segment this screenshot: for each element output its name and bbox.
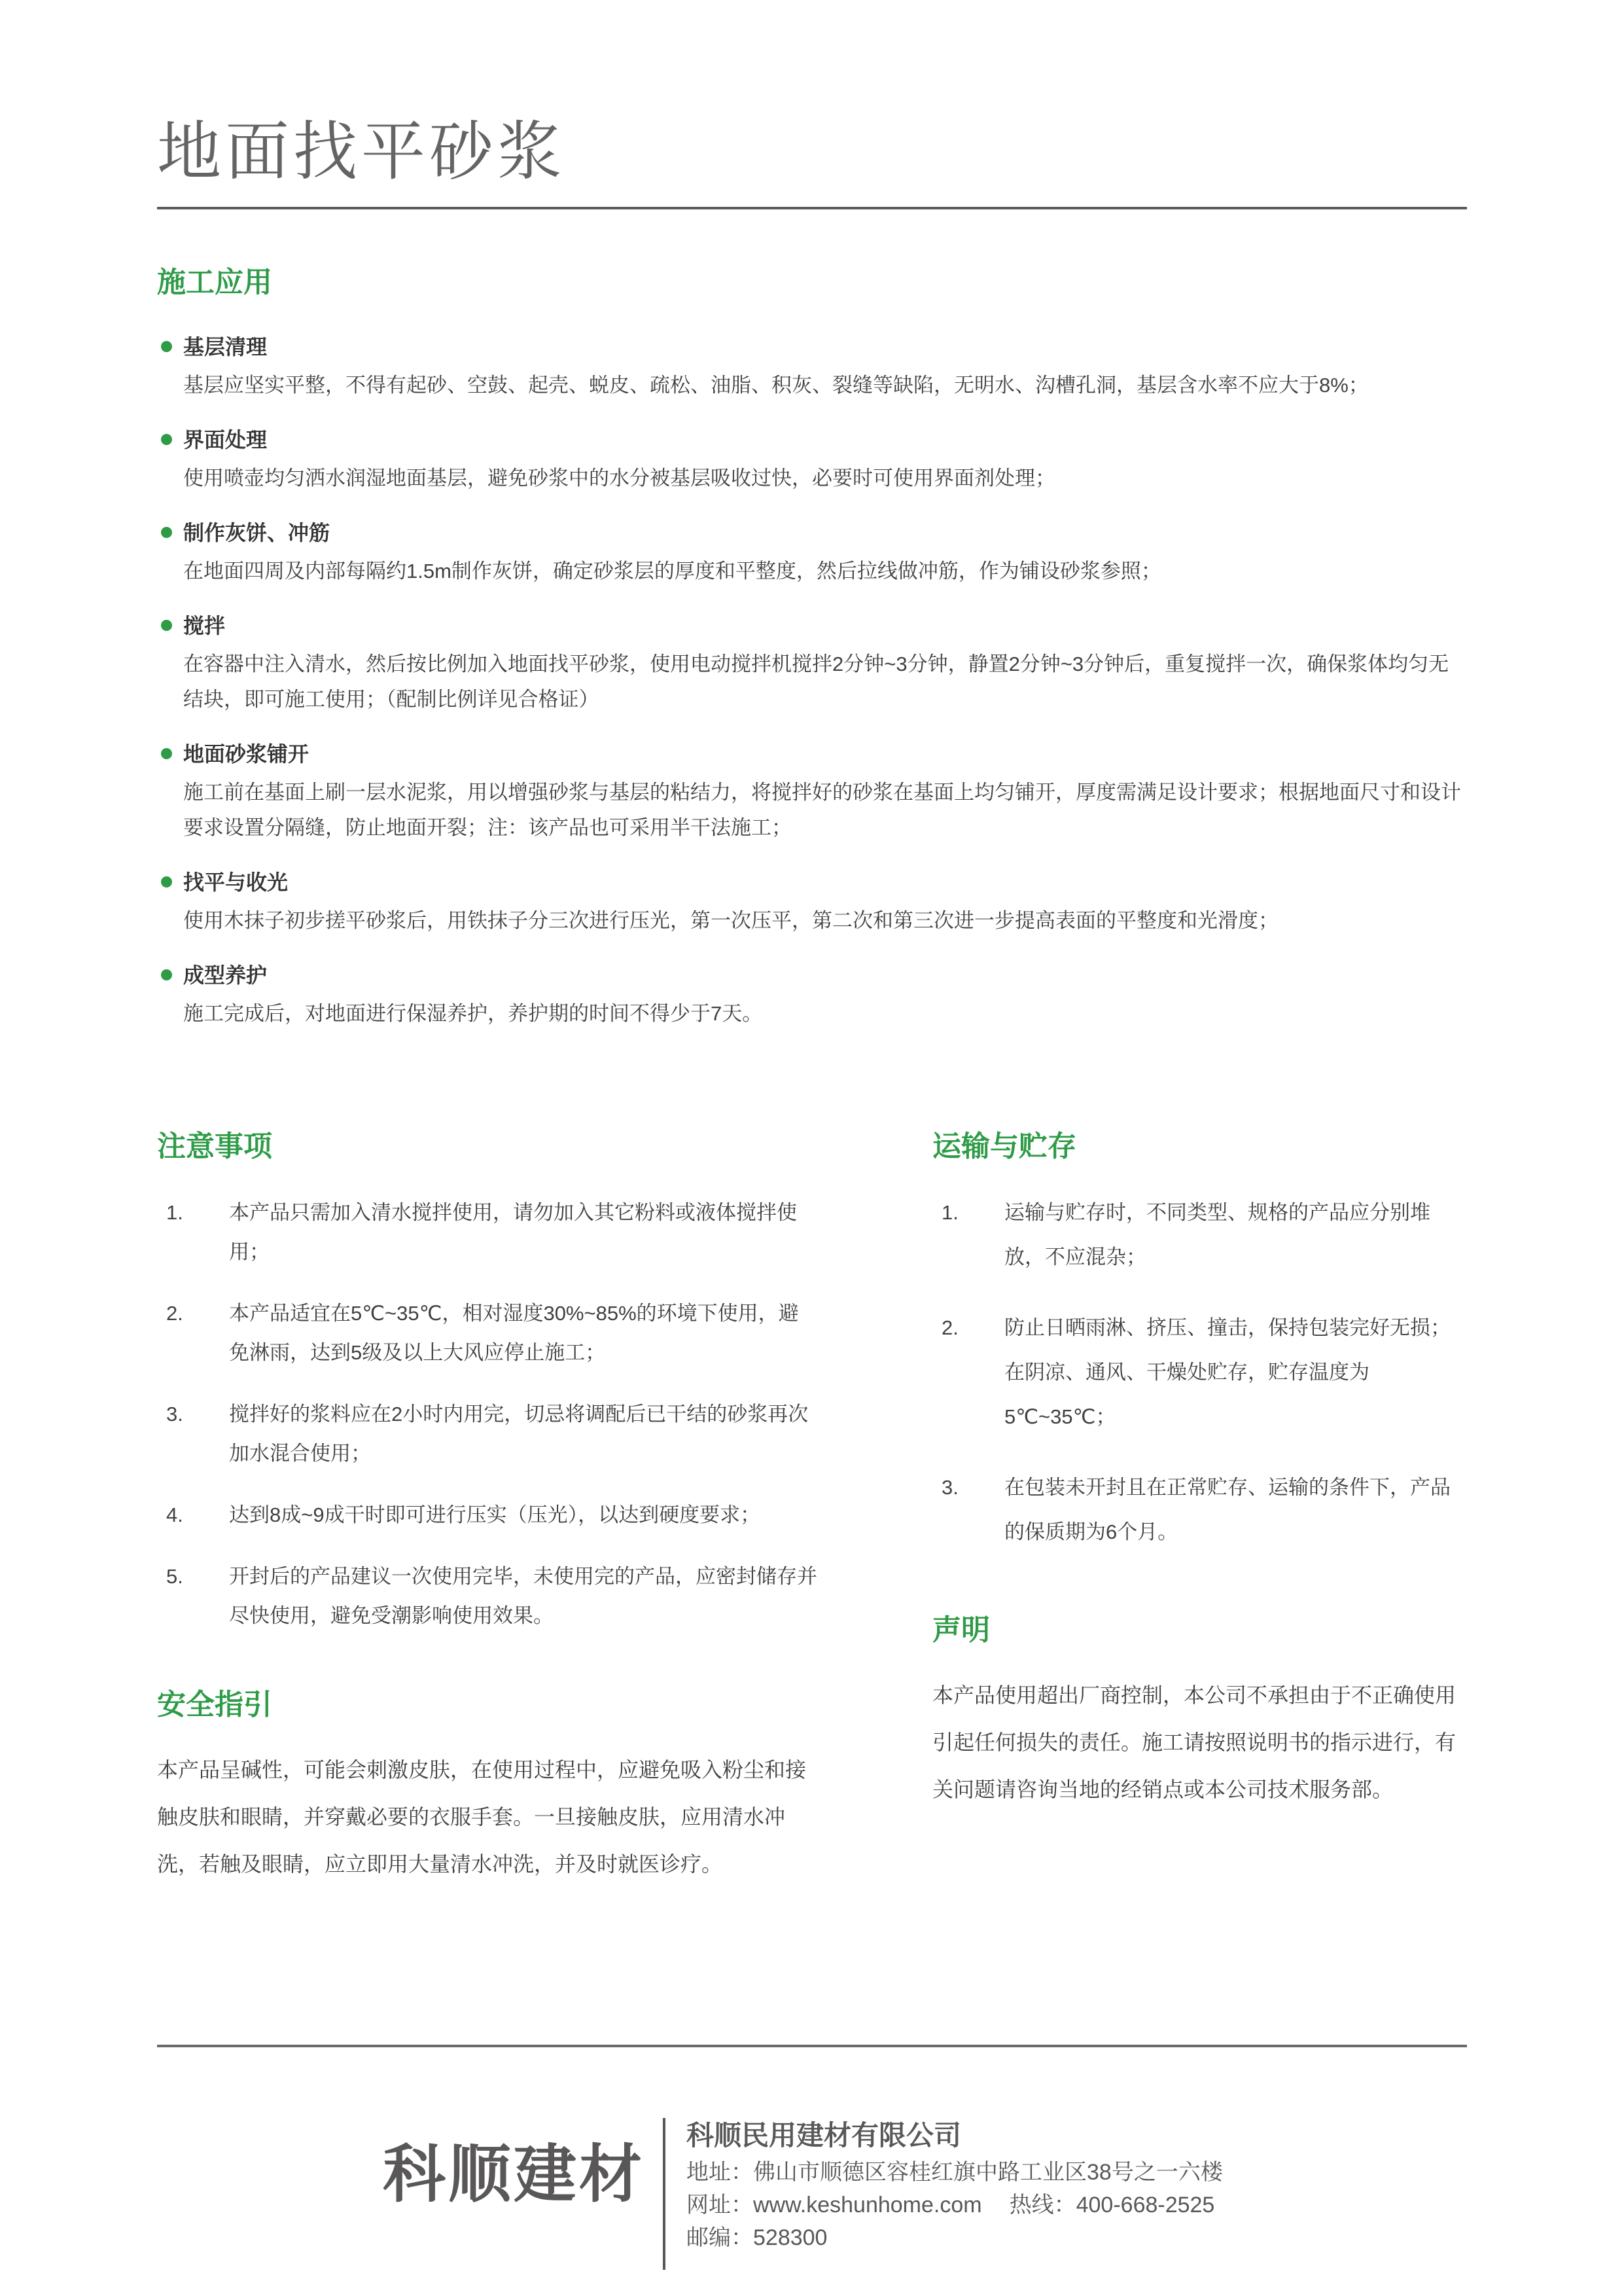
left-column: 注意事项 1. 本产品只需加入清水搅拌使用，请勿加入其它粉料或液体搅拌使用； 2…	[157, 1130, 818, 1888]
footer-vertical-divider	[663, 2118, 665, 2270]
notice-item: 4. 达到8成~9成干时即可进行压实（压光），以达到硬度要求；	[157, 1496, 818, 1535]
item-text: 防止日晒雨淋、挤压、撞击，保持包装完好无损；在阴凉、通风、干燥处贮存，贮存温度为…	[1004, 1306, 1467, 1439]
transport-item: 2. 防止日晒雨淋、挤压、撞击，保持包装完好无损；在阴凉、通风、干燥处贮存，贮存…	[932, 1306, 1467, 1439]
bullet-dot-icon	[161, 434, 172, 445]
company-postcode: 邮编：528300	[686, 2221, 1223, 2254]
apply-item-label: 界面处理	[183, 427, 1467, 453]
safety-heading: 安全指引	[157, 1688, 818, 1723]
section-statement: 声明 本产品使用超出厂商控制，本公司不承担由于不正确使用引起任何损失的责任。施工…	[932, 1613, 1467, 1813]
company-hotline: 热线：400-668-2525	[1010, 2193, 1215, 2217]
apply-item-text: 施工前在基面上刷一层水泥浆，用以增强砂浆与基层的粘结力，将搅拌好的砂浆在基面上均…	[183, 775, 1467, 846]
safety-text: 本产品呈碱性，可能会刺激皮肤，在使用过程中，应避免吸入粉尘和接触皮肤和眼睛，并穿…	[157, 1746, 818, 1888]
two-column-area: 注意事项 1. 本产品只需加入清水搅拌使用，请勿加入其它粉料或液体搅拌使用； 2…	[157, 1130, 1467, 1888]
notice-item: 2. 本产品适宜在5℃~35℃，相对湿度30%~85%的环境下使用，避免淋雨，达…	[157, 1294, 818, 1372]
right-column: 运输与贮存 1. 运输与贮存时，不同类型、规格的产品应分别堆放，不应混杂； 2.…	[932, 1130, 1467, 1888]
bullet-dot-icon	[161, 969, 172, 980]
apply-item-mixing: 搅拌 在容器中注入清水，然后按比例加入地面找平砂浆，使用电动搅拌机搅拌2分钟~3…	[157, 613, 1467, 717]
apply-item-curing: 成型养护 施工完成后，对地面进行保湿养护，养护期的时间不得少于7天。	[157, 962, 1467, 1031]
transport-heading: 运输与贮存	[932, 1130, 1467, 1164]
footer-divider-line	[157, 2045, 1467, 2047]
apply-item-leveling-finishing: 找平与收光 使用木抹子初步搓平砂浆后，用铁抹子分三次进行压光，第一次压平，第二次…	[157, 869, 1467, 939]
statement-heading: 声明	[932, 1613, 1467, 1648]
item-text: 开封后的产品建议一次使用完毕，未使用完的产品，应密封储存并尽快使用，避免受潮影响…	[229, 1557, 818, 1636]
apply-item-label: 找平与收光	[183, 869, 1467, 895]
company-name: 科顺民用建材有限公司	[686, 2118, 1223, 2153]
apply-item-text: 使用喷壶均匀洒水润湿地面基层，避免砂浆中的水分被基层吸收过快，必要时可使用界面剂…	[183, 461, 1467, 496]
apply-item-text: 在容器中注入清水，然后按比例加入地面找平砂浆，使用电动搅拌机搅拌2分钟~3分钟，…	[183, 647, 1467, 717]
construction-application-heading: 施工应用	[157, 266, 1467, 300]
company-website: 网址：www.keshunhome.com	[686, 2193, 982, 2217]
item-text: 在包装未开封且在正常贮存、运输的条件下，产品的保质期为6个月。	[1004, 1465, 1467, 1554]
apply-item-text: 使用木抹子初步搓平砂浆后，用铁抹子分三次进行压光，第一次压平，第二次和第三次进一…	[183, 903, 1467, 939]
bullet-dot-icon	[161, 341, 172, 352]
item-number: 1.	[166, 1193, 183, 1232]
apply-item-label: 搅拌	[183, 613, 1467, 639]
item-number: 1.	[942, 1191, 959, 1235]
item-text: 本产品适宜在5℃~35℃，相对湿度30%~85%的环境下使用，避免淋雨，达到5级…	[229, 1294, 818, 1372]
item-text: 达到8成~9成干时即可进行压实（压光），以达到硬度要求；	[229, 1496, 818, 1535]
apply-item-text: 施工完成后，对地面进行保湿养护，养护期的时间不得少于7天。	[183, 996, 1467, 1031]
footer-row: 科顺建材 科顺民用建材有限公司 地址：佛山市顺德区容桂红旗中路工业区38号之一六…	[383, 2118, 1624, 2270]
page-title: 地面找平砂浆	[157, 115, 1467, 188]
company-logo: 科顺建材	[383, 2140, 644, 2210]
bullet-dot-icon	[161, 620, 172, 631]
item-number: 5.	[166, 1557, 183, 1596]
notice-item: 3. 搅拌好的浆料应在2小时内用完，切忌将调配后已干结的砂浆再次加水混合使用；	[157, 1395, 818, 1473]
page-footer: 科顺建材 科顺民用建材有限公司 地址：佛山市顺德区容桂红旗中路工业区38号之一六…	[0, 2045, 1624, 2270]
item-number: 4.	[166, 1496, 183, 1535]
apply-item-label: 成型养护	[183, 962, 1467, 988]
item-text: 本产品只需加入清水搅拌使用，请勿加入其它粉料或液体搅拌使用；	[229, 1193, 818, 1272]
column-gap	[818, 1130, 932, 1888]
page-content: 地面找平砂浆 施工应用 基层清理 基层应坚实平整，不得有起砂、空鼓、起壳、蜕皮、…	[157, 115, 1467, 1888]
bullet-dot-icon	[161, 527, 172, 538]
company-contact-line: 网址：www.keshunhome.com热线：400-668-2525	[686, 2189, 1223, 2221]
company-address: 地址：佛山市顺德区容桂红旗中路工业区38号之一六楼	[686, 2156, 1223, 2189]
notice-item: 5. 开封后的产品建议一次使用完毕，未使用完的产品，应密封储存并尽快使用，避免受…	[157, 1557, 818, 1636]
item-number: 3.	[166, 1395, 183, 1434]
apply-item-text: 基层应坚实平整，不得有起砂、空鼓、起壳、蜕皮、疏松、油脂、积灰、裂缝等缺陷，无明…	[183, 368, 1467, 403]
section-notice: 注意事项 1. 本产品只需加入清水搅拌使用，请勿加入其它粉料或液体搅拌使用； 2…	[157, 1130, 818, 1636]
title-divider	[157, 207, 1467, 209]
item-number: 3.	[942, 1465, 959, 1510]
item-number: 2.	[166, 1294, 183, 1333]
item-text: 搅拌好的浆料应在2小时内用完，切忌将调配后已干结的砂浆再次加水混合使用；	[229, 1395, 818, 1473]
document-page: 地面找平砂浆 施工应用 基层清理 基层应坚实平整，不得有起砂、空鼓、起壳、蜕皮、…	[0, 0, 1624, 2296]
section-construction-application: 施工应用 基层清理 基层应坚实平整，不得有起砂、空鼓、起壳、蜕皮、疏松、油脂、积…	[157, 266, 1467, 1032]
apply-item-interface-treatment: 界面处理 使用喷壶均匀洒水润湿地面基层，避免砂浆中的水分被基层吸收过快，必要时可…	[157, 427, 1467, 496]
apply-item-text: 在地面四周及内部每隔约1.5m制作灰饼，确定砂浆层的厚度和平整度，然后拉线做冲筋…	[183, 554, 1467, 589]
apply-item-label: 地面砂浆铺开	[183, 741, 1467, 767]
statement-text: 本产品使用超出厂商控制，本公司不承担由于不正确使用引起任何损失的责任。施工请按照…	[932, 1672, 1467, 1813]
notice-heading: 注意事项	[157, 1130, 818, 1164]
apply-item-base-cleaning: 基层清理 基层应坚实平整，不得有起砂、空鼓、起壳、蜕皮、疏松、油脂、积灰、裂缝等…	[157, 334, 1467, 403]
section-safety-guide: 安全指引 本产品呈碱性，可能会刺激皮肤，在使用过程中，应避免吸入粉尘和接触皮肤和…	[157, 1688, 818, 1888]
section-transport-storage: 运输与贮存 1. 运输与贮存时，不同类型、规格的产品应分别堆放，不应混杂； 2.…	[932, 1130, 1467, 1554]
bullet-dot-icon	[161, 876, 172, 888]
transport-item: 3. 在包装未开封且在正常贮存、运输的条件下，产品的保质期为6个月。	[932, 1465, 1467, 1554]
item-text: 运输与贮存时，不同类型、规格的产品应分别堆放，不应混杂；	[1004, 1191, 1467, 1280]
apply-item-mortar-pads: 制作灰饼、冲筋 在地面四周及内部每隔约1.5m制作灰饼，确定砂浆层的厚度和平整度…	[157, 520, 1467, 589]
company-info-block: 科顺民用建材有限公司 地址：佛山市顺德区容桂红旗中路工业区38号之一六楼 网址：…	[686, 2118, 1223, 2254]
transport-item: 1. 运输与贮存时，不同类型、规格的产品应分别堆放，不应混杂；	[932, 1191, 1467, 1280]
apply-item-label: 基层清理	[183, 334, 1467, 360]
apply-item-spreading: 地面砂浆铺开 施工前在基面上刷一层水泥浆，用以增强砂浆与基层的粘结力，将搅拌好的…	[157, 741, 1467, 846]
bullet-dot-icon	[161, 748, 172, 759]
apply-item-label: 制作灰饼、冲筋	[183, 520, 1467, 546]
notice-item: 1. 本产品只需加入清水搅拌使用，请勿加入其它粉料或液体搅拌使用；	[157, 1193, 818, 1272]
item-number: 2.	[942, 1306, 959, 1350]
